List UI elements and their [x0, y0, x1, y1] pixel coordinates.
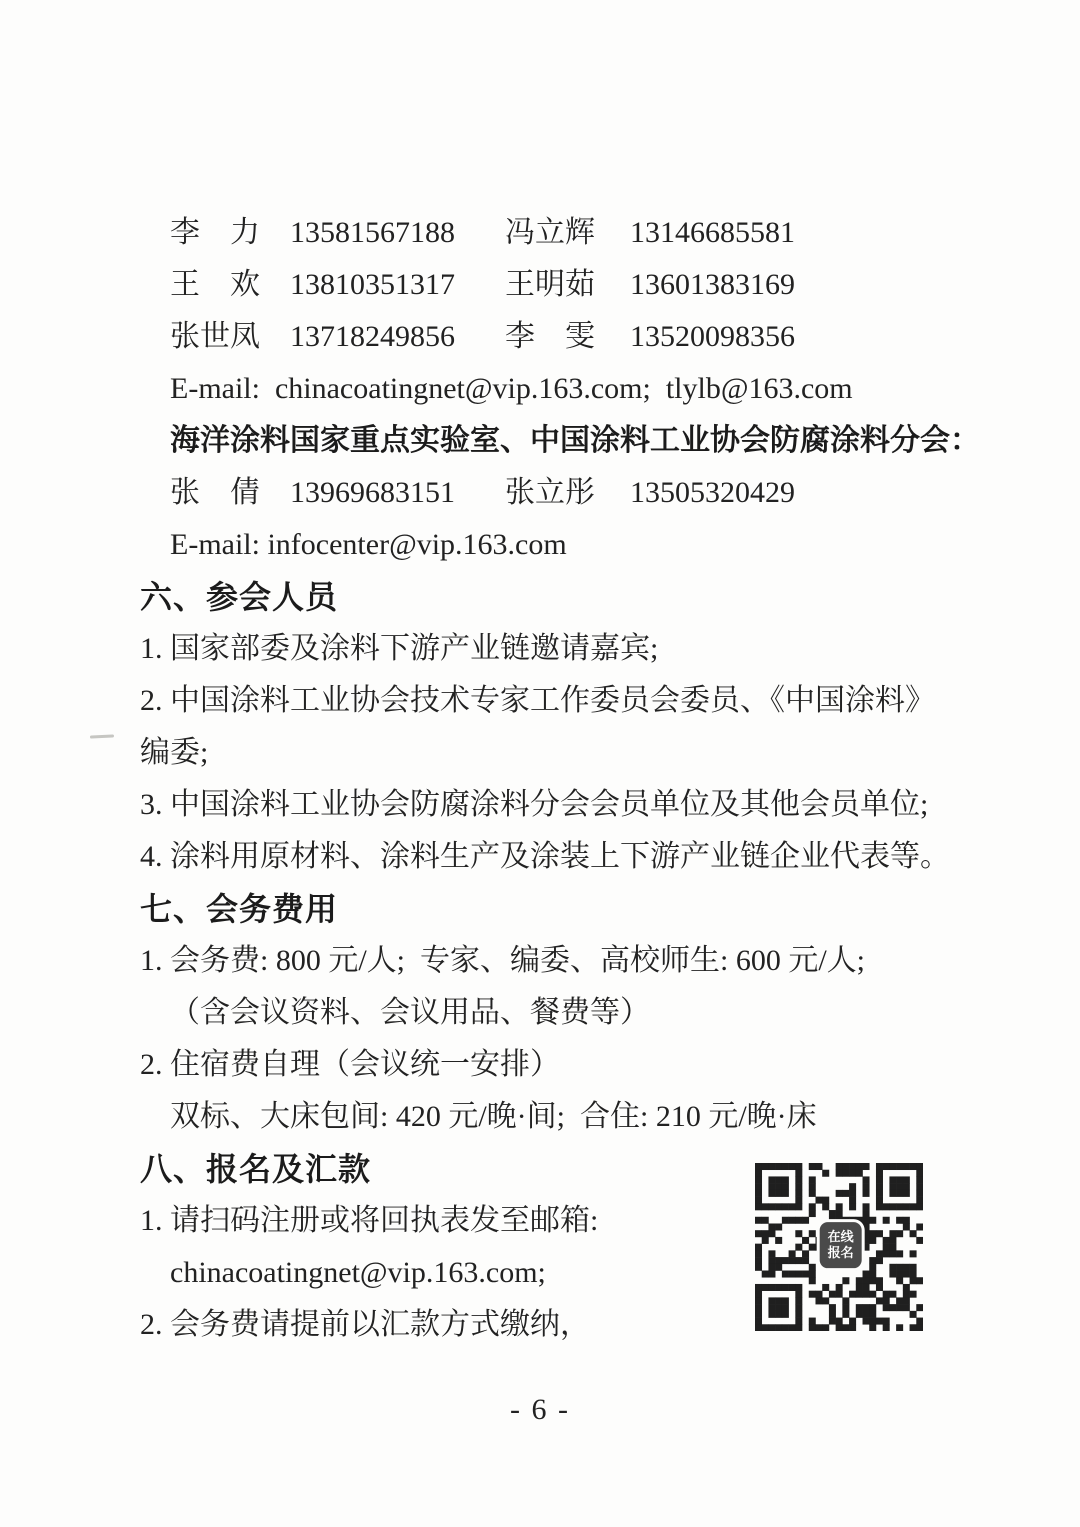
contact-phone: 13520098356	[630, 311, 970, 363]
qr-badge-text: 报名	[828, 1245, 854, 1261]
list-item: 2. 中国涂料工业协会技术专家工作委员会委员、《中国涂料》	[140, 675, 970, 727]
qr-center-badge: 在线 报名	[820, 1222, 862, 1268]
list-item-continuation: 双标、大床包间: 420 元/晚·间; 合住: 210 元/晚·床	[140, 1091, 970, 1143]
contact-row: 李 力 13581567188 冯立辉 13146685581	[140, 207, 970, 259]
contact-name: 李 力	[170, 207, 290, 259]
document-page: 李 力 13581567188 冯立辉 13146685581 王 欢 1381…	[0, 0, 1080, 1527]
list-item: 3. 中国涂料工业协会防腐涂料分会会员单位及其他会员单位;	[140, 779, 970, 831]
scan-artifact-mark	[90, 734, 114, 738]
page-number: - 6 -	[0, 1393, 1080, 1427]
contact-name: 张立彤	[505, 467, 630, 519]
contact-phone: 13810351317	[290, 259, 505, 311]
section-heading-fees: 七、会务费用	[140, 883, 970, 935]
contact-row: 王 欢 13810351317 王明茹 13601383169	[140, 259, 970, 311]
list-item: 1. 会务费: 800 元/人; 专家、编委、高校师生: 600 元/人;	[140, 935, 970, 987]
contact-phone: 13718249856	[290, 311, 505, 363]
contact-phone: 13146685581	[630, 207, 970, 259]
organization-heading-line: 海洋涂料国家重点实验室、中国涂料工业协会防腐涂料分会：	[140, 415, 970, 467]
contact-row: 张 倩 13969683151 张立彤 13505320429	[140, 467, 970, 519]
contact-phone: 13969683151	[290, 467, 505, 519]
contact-phone: 13505320429	[630, 467, 970, 519]
email-line: E-mail: chinacoatingnet@vip.163.com; tly…	[140, 363, 970, 415]
contact-name: 冯立辉	[505, 207, 630, 259]
list-item-continuation: （含会议资料、会议用品、餐费等）	[140, 987, 970, 1039]
contact-name: 张世凤	[170, 311, 290, 363]
email-line: E-mail: infocenter@vip.163.com	[140, 519, 970, 571]
contact-name: 李 雯	[505, 311, 630, 363]
contact-row: 张世凤 13718249856 李 雯 13520098356	[140, 311, 970, 363]
list-item: 2. 住宿费自理（会议统一安排）	[140, 1039, 970, 1091]
qr-badge-text: 在线	[828, 1229, 854, 1245]
contact-name: 张 倩	[170, 467, 290, 519]
list-item: 4. 涂料用原材料、涂料生产及涂装上下游产业链企业代表等。	[140, 831, 970, 883]
list-item-continuation: 编委;	[140, 727, 970, 779]
contact-name: 王明茹	[505, 259, 630, 311]
contact-phone: 13601383169	[630, 259, 970, 311]
qr-code-online-registration: 在线 报名	[755, 1163, 923, 1331]
section-heading-attendees: 六、参会人员	[140, 571, 970, 623]
list-item: 1. 国家部委及涂料下游产业链邀请嘉宾;	[140, 623, 970, 675]
contact-name: 王 欢	[170, 259, 290, 311]
contact-phone: 13581567188	[290, 207, 505, 259]
